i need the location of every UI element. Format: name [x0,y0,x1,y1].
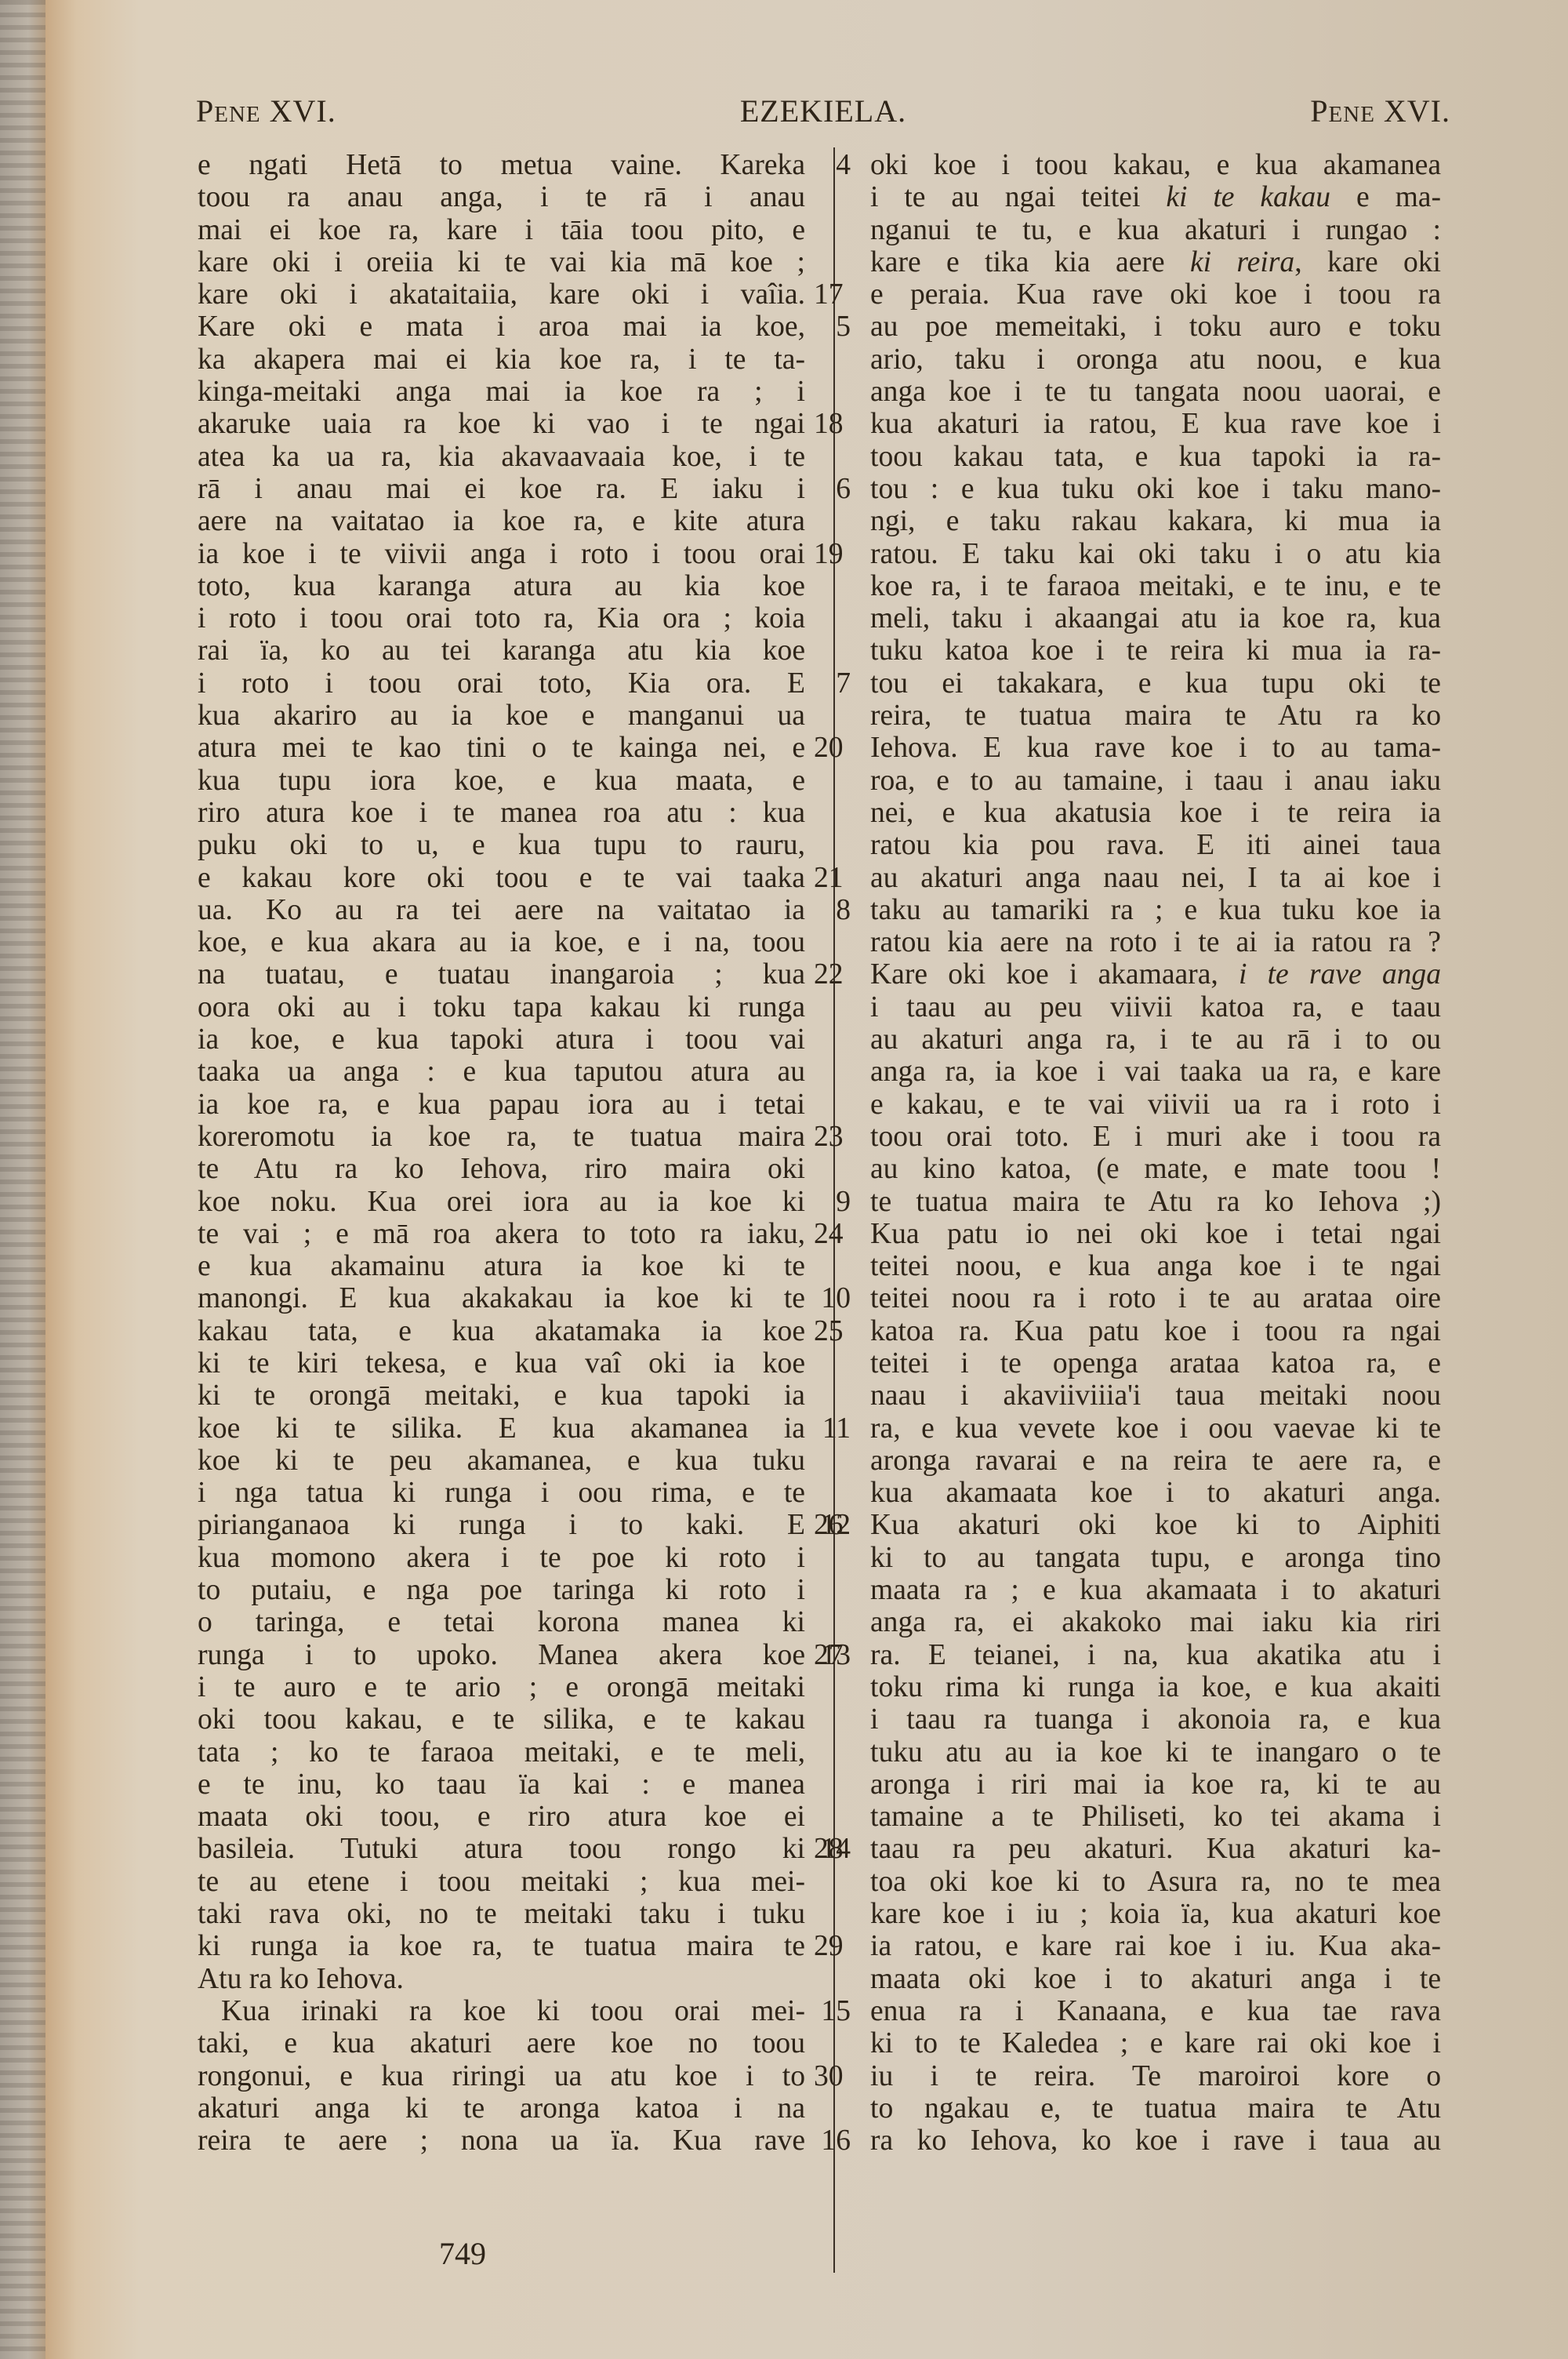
line-text: ki to au tangata tupu, e aronga tino [870,1542,1441,1574]
line-text: kare oki i akataitaiia, kare oki i vaîia… [198,278,805,311]
line-text: kua akaturi ia ratou, E kua rave koe i [870,408,1441,440]
text-line: ra ko Iehova, ko koe i rave i taua au [870,2125,1441,2157]
text-line: au kino katoa, (e mate, e mate toou ! [870,1153,1441,1185]
text-line: reira te aere ; nona ua ïa. Kua rave16 [198,2125,805,2157]
line-text: koe noku. Kua orei iora au ia koe ki [198,1186,805,1218]
line-text: ia ratou, e kare rai koe i iu. Kua aka- [870,1930,1441,1962]
text-line: kare oki i akataitaiia, kare oki i vaîia… [198,278,805,311]
line-text: to ngakau e, te tuatua maira te Atu [870,2092,1441,2125]
text-line: i te au ngai teitei ki te kakau e ma- [870,181,1441,213]
line-text: taki, e kua akaturi aere koe no toou [198,2027,805,2059]
line-text: maata oki toou, e riro atura koe ei [198,1801,805,1833]
line-text: rai ïa, ko au tei karanga atu kia koe [198,634,805,667]
line-text: o taringa, e tetai korona manea ki [198,1606,805,1638]
verse-number: 25 [814,1315,844,1347]
verse-number: 5 [836,311,851,343]
line-text: teitei noou ra i roto i te au arataa oir… [870,1282,1441,1314]
text-line: kare e tika kia aere ki reira, kare oki [870,246,1441,278]
text-line: toa oki koe ki to Asura ra, no te mea [870,1866,1441,1898]
verse-number: 7 [836,667,851,700]
line-text: tuku katoa koe i te reira ki mua ia ra- [870,634,1441,667]
text-line: au akaturi anga naau nei, I ta ai koe i2… [870,862,1441,894]
text-line: rā i anau mai ei koe ra. E iaku i6 [198,473,805,505]
line-text: mai ei koe ra, kare i tāia toou pito, e [198,214,805,246]
line-text: au poe memeitaki, i toku auro e toku [870,311,1441,343]
text-line: koreromotu ia koe ra, te tuatua maira [198,1121,805,1153]
line-text: i taau ra tuanga i akonoia ra, e kua [870,1703,1441,1736]
text-line: ia koe, e kua tapoki atura i toou vai [198,1023,805,1056]
verse-number: 4 [836,149,851,181]
line-text: tou : e kua tuku oki koe i taku mano- [870,473,1441,505]
line-text: toou ra anau anga, i te rā i anau [198,181,805,213]
text-line: teitei i te openga arataa katoa ra, e [870,1347,1441,1379]
line-text: riro atura koe i te manea roa atu : kua [198,797,805,829]
text-line: toku rima ki runga ia koe, e kua akaiti [870,1671,1441,1703]
text-line: iu i te reira. Te maroiroi kore o30 [870,2060,1441,2092]
text-line: teitei noou ra i roto i te au arataa oir… [870,1282,1441,1314]
line-text: i roto i toou orai toto ra, Kia ora ; ko… [198,602,805,634]
line-text: ia koe ra, e kua papau iora au i tetai [198,1089,805,1121]
line-text: ra ko Iehova, ko koe i rave i taua au [870,2125,1441,2157]
line-text: pirianganaoa ki runga i to kaki. E [198,1509,805,1541]
text-line: i taau ra tuanga i akonoia ra, e kua [870,1703,1441,1736]
line-text: au akaturi anga naau nei, I ta ai koe i [870,862,1441,894]
text-line: aronga ravarai e na reira te aere ra, e [870,1445,1441,1477]
text-line: o taringa, e tetai korona manea ki [198,1606,805,1638]
verse-number: 17 [814,278,844,311]
text-line: ua. Ko au ra tei aere na vaitatao ia8 [198,894,805,926]
text-line: Kua akaturi oki koe ki to Aiphiti26 [870,1509,1441,1541]
line-text: kinga-meitaki anga mai ia koe ra ; i [198,376,805,408]
text-line: te tuatua maira te Atu ra ko Iehova ;) [870,1186,1441,1218]
verse-number: 21 [814,862,844,894]
verse-number: 16 [821,2125,851,2157]
text-line: e peraia. Kua rave oki koe i toou ra17 [870,278,1441,311]
text-line: maata oki toou, e riro atura koe ei [198,1801,805,1833]
text-line: aronga i riri mai ia koe ra, ki te au [870,1768,1441,1801]
line-text: roa, e to au tamaine, i taau i anau iaku [870,765,1441,797]
line-text: e peraia. Kua rave oki koe i toou ra [870,278,1441,311]
text-line: toto, kua karanga atura au kia koe [198,570,805,602]
verse-number: 6 [836,473,851,505]
line-text: e kua akamainu atura ia koe ki te [198,1250,805,1282]
text-line: teitei noou, e kua anga koe i te ngai [870,1250,1441,1282]
line-text: ra, e kua vevete koe i oou vaevae ki te [870,1412,1441,1445]
line-text: e te inu, ko taau ïa kai : e manea [198,1768,805,1801]
text-line: atura mei te kao tini o te kainga nei, e [198,732,805,764]
line-text: kare e tika kia aere ki reira, kare oki [870,246,1441,278]
text-line: te vai ; e mā roa akera to toto ra iaku, [198,1218,805,1250]
line-text: rongonui, e kua riringi ua atu koe i to [198,2060,805,2092]
text-line: to putaiu, e nga poe taringa ki roto i [198,1574,805,1606]
verse-number: 8 [836,894,851,926]
verse-number: 11 [822,1412,851,1445]
text-line: kua akaturi ia ratou, E kua rave koe i18 [870,408,1441,440]
line-text: rā i anau mai ei koe ra. E iaku i [198,473,805,505]
line-text: anga ra, ia koe i vai taaka ua ra, e kar… [870,1056,1441,1088]
line-text: aronga i riri mai ia koe ra, ki te au [870,1768,1441,1801]
text-line: kare koe i iu ; koia ïa, kua akaturi koe [870,1898,1441,1930]
text-line: meli, taku i akaangai atu ia koe ra, kua [870,602,1441,634]
line-text: kare koe i iu ; koia ïa, kua akaturi koe [870,1898,1441,1930]
line-text: e kakau kore oki toou e te vai taaka [198,862,805,894]
line-text: anga ra, ei akakoko mai iaku kia riri [870,1606,1441,1638]
text-line: Atu ra ko Iehova. [198,1963,805,1995]
line-text: i te auro e te ario ; e orongā meitaki [198,1671,805,1703]
line-text: tuku atu au ia koe ki te inangaro o te [870,1736,1441,1768]
text-line: taaka ua anga : e kua taputou atura au [198,1056,805,1088]
line-text: e kakau, e te vai viivii ua ra i roto i [870,1089,1441,1121]
line-text: reira te aere ; nona ua ïa. Kua rave [198,2125,805,2157]
line-text: ki runga ia koe ra, te tuatua maira te [198,1930,805,1962]
line-text: Kua patu io nei oki koe i tetai ngai [870,1218,1441,1250]
text-line: te Atu ra ko Iehova, riro maira oki [198,1153,805,1185]
line-text: te vai ; e mā roa akera to toto ra iaku, [198,1218,805,1250]
text-line: riro atura koe i te manea roa atu : kua [198,797,805,829]
text-line: Kare oki e mata i aroa mai ia koe,5 [198,311,805,343]
text-line: anga koe i te tu tangata noou uaorai, e [870,376,1441,408]
text-line: kare oki i oreiia ki te vai kia mā koe ; [198,246,805,278]
line-text: tou ei takakara, e kua tupu oki te [870,667,1441,700]
line-text: Kare oki koe i akamaara, i te rave anga [870,958,1441,990]
page-number: 749 [423,2235,502,2272]
line-text: ki to te Kaledea ; e kare rai oki koe i [870,2027,1441,2059]
line-text: te au etene i toou meitaki ; kua mei- [198,1866,805,1898]
text-line: taku au tamariki ra ; e kua tuku koe ia [870,894,1441,926]
line-text: katoa ra. Kua patu koe i toou ra ngai [870,1315,1441,1347]
text-line: kinga-meitaki anga mai ia koe ra ; i [198,376,805,408]
text-line: kakau tata, e kua akatamaka ia koe [198,1315,805,1347]
line-text: maata oki koe i to akaturi anga i te [870,1963,1441,1995]
line-text: te Atu ra ko Iehova, riro maira oki [198,1153,805,1185]
line-text: ia koe i te viivii anga i roto i toou or… [198,538,805,570]
text-line: toou orai toto. E i muri ake i toou ra23 [870,1121,1441,1153]
text-line: rai ïa, ko au tei karanga atu kia koe [198,634,805,667]
left-text-column: e ngati Hetā to metua vaine. Kareka4toou… [198,149,805,2157]
line-text: ra. E teianei, i na, kua akatika atu i [870,1639,1441,1671]
line-text: ngi, e taku rakau kakara, ki mua ia [870,505,1441,537]
verse-number: 24 [814,1218,844,1250]
line-text: Atu ra ko Iehova. [198,1963,805,1995]
text-line: te au etene i toou meitaki ; kua mei- [198,1866,805,1898]
text-line: kua momono akera i te poe ki roto i [198,1542,805,1574]
text-line: tou : e kua tuku oki koe i taku mano- [870,473,1441,505]
line-text: to putaiu, e nga poe taringa ki roto i [198,1574,805,1606]
text-line: i te auro e te ario ; e orongā meitaki [198,1671,805,1703]
text-line: ia ratou, e kare rai koe i iu. Kua aka-2… [870,1930,1441,1962]
line-text: kua akariro au ia koe e manganui ua [198,700,805,732]
previous-page-text-blur [0,0,45,2359]
line-text: meli, taku i akaangai atu ia koe ra, kua [870,602,1441,634]
line-text: toa oki koe ki to Asura ra, no te mea [870,1866,1441,1898]
line-text: tamaine a te Philiseti, ko tei akama i [870,1801,1441,1833]
text-line: ki to au tangata tupu, e aronga tino [870,1542,1441,1574]
text-line: i nga tatua ki runga i oou rima, e te [198,1477,805,1509]
text-line: koe ki te silika. E kua akamanea ia11 [198,1412,805,1445]
text-line: Iehova. E kua rave koe i to au tama-20 [870,732,1441,764]
running-header: PENE XVI. EZEKIELA. PENE XVI. [196,93,1450,132]
line-text: i te au ngai teitei ki te kakau e ma- [870,181,1441,213]
line-text: puku oki to u, e kua tupu to rauru, [198,829,805,861]
verse-number: 10 [821,1282,851,1314]
text-line: to ngakau e, te tuatua maira te Atu [870,2092,1441,2125]
text-line: basileia. Tutuki atura toou rongo ki14 [198,1833,805,1865]
text-line: maata oki koe i to akaturi anga i te [870,1963,1441,1995]
line-text: Kare oki e mata i aroa mai ia koe, [198,311,805,343]
line-text: koe ki te peu akamanea, e kua tuku [198,1445,805,1477]
text-line: reira, te tuatua maira te Atu ra ko [870,700,1441,732]
line-text: teitei noou, e kua anga koe i te ngai [870,1250,1441,1282]
line-text: manongi. E kua akakakau ia koe ki te [198,1282,805,1314]
text-line: i taau au peu viivii katoa ra, e taau [870,991,1441,1023]
text-line: akaturi anga ki te aronga katoa i na [198,2092,805,2125]
text-line: e te inu, ko taau ïa kai : e manea [198,1768,805,1801]
text-line: ratou. E taku kai oki taku i o atu kia19 [870,538,1441,570]
line-text: ki te kiri tekesa, e kua vaî oki ia koe [198,1347,805,1379]
text-line: ario, taku i oronga atu noou, e kua [870,343,1441,376]
text-line: toou ra anau anga, i te rā i anau [198,181,805,213]
text-line: oora oki au i toku tapa kakau ki runga [198,991,805,1023]
right-text-column: oki koe i toou kakau, e kua akamaneai te… [870,149,1441,2157]
text-line: roa, e to au tamaine, i taau i anau iaku [870,765,1441,797]
line-text: kua momono akera i te poe ki roto i [198,1542,805,1574]
text-line: koe ki te peu akamanea, e kua tuku [198,1445,805,1477]
text-line: atea ka ua ra, kia akavaavaaia koe, i te [198,441,805,473]
line-text: koe ra, i te faraoa meitaki, e te inu, e… [870,570,1441,602]
text-line: tou ei takakara, e kua tupu oki te [870,667,1441,700]
text-line: nganui te tu, e kua akaturi i rungao : [870,214,1441,246]
line-text: Kua irinaki ra koe ki toou orai mei- [221,1995,805,2027]
text-line: Kare oki koe i akamaara, i te rave anga2… [870,958,1441,990]
text-line: ia koe i te viivii anga i roto i toou or… [198,538,805,570]
line-text: aere na vaitatao ia koe ra, e kite atura [198,505,805,537]
line-text: kakau tata, e kua akatamaka ia koe [198,1315,805,1347]
text-line: Kua irinaki ra koe ki toou orai mei-15 [198,1995,805,2027]
line-text: kua akamaata koe i to akaturi anga. [870,1477,1441,1509]
verse-number: 30 [814,2060,844,2092]
line-text: nganui te tu, e kua akaturi i rungao : [870,214,1441,246]
text-line: au poe memeitaki, i toku auro e toku [870,311,1441,343]
text-line: oki toou kakau, e te silika, e te kakau [198,1703,805,1736]
text-line: enua ra i Kanaana, e kua tae rava [870,1995,1441,2027]
line-text: na tuatau, e tuatau inangaroia ; kua [198,958,805,990]
verse-number: 19 [814,538,844,570]
line-text: teitei i te openga arataa katoa ra, e [870,1347,1441,1379]
text-line: ki te orongā meitaki, e kua tapoki ia [198,1379,805,1412]
text-line: ka akapera mai ei kia koe ra, i te ta- [198,343,805,376]
line-text: koe, e kua akara au ia koe, e i na, toou [198,926,805,958]
line-text: kare oki i oreiia ki te vai kia mā koe ; [198,246,805,278]
text-line: e kua akamainu atura ia koe ki te [198,1250,805,1282]
line-text: e ngati Hetā to metua vaine. Kareka [198,149,805,181]
line-text: atea ka ua ra, kia akavaavaaia koe, i te [198,441,805,473]
text-line: manongi. E kua akakakau ia koe ki te10 [198,1282,805,1314]
verse-number: 26 [814,1509,844,1541]
line-text: i taau au peu viivii katoa ra, e taau [870,991,1441,1023]
line-text: akaruke uaia ra koe ki vao i te ngai [198,408,805,440]
line-text: iu i te reira. Te maroiroi kore o [870,2060,1441,2092]
text-line: ngi, e taku rakau kakara, ki mua ia [870,505,1441,537]
verse-number: 15 [821,1995,851,2027]
line-text: te tuatua maira te Atu ra ko Iehova ;) [870,1186,1441,1218]
text-line: tamaine a te Philiseti, ko tei akama i [870,1801,1441,1833]
line-text: naau i akaviiviiia'i taua meitaki noou [870,1379,1441,1412]
line-text: Iehova. E kua rave koe i to au tama- [870,732,1441,764]
text-line: pirianganaoa ki runga i to kaki. E12 [198,1509,805,1541]
text-line: runga i to upoko. Manea akera koe13 [198,1639,805,1671]
text-line: i roto i toou orai toto, Kia ora. E7 [198,667,805,700]
line-text: i nga tatua ki runga i oou rima, e te [198,1477,805,1509]
line-text: maata ra ; e kua akamaata i to akaturi [870,1574,1441,1606]
text-line: aere na vaitatao ia koe ra, e kite atura [198,505,805,537]
line-text: taaka ua anga : e kua taputou atura au [198,1056,805,1088]
header-book-title: EZEKIELA. [196,93,1450,129]
line-text: oora oki au i toku tapa kakau ki runga [198,991,805,1023]
text-line: koe ra, i te faraoa meitaki, e te inu, e… [870,570,1441,602]
text-line: ki te kiri tekesa, e kua vaî oki ia koe [198,1347,805,1379]
line-text: au akaturi anga ra, i te au rā i to ou [870,1023,1441,1056]
text-line: e ngati Hetā to metua vaine. Kareka4 [198,149,805,181]
text-line: koe noku. Kua orei iora au ia koe ki9 [198,1186,805,1218]
text-line: na tuatau, e tuatau inangaroia ; kua [198,958,805,990]
line-text: i roto i toou orai toto, Kia ora. E [198,667,805,700]
verse-number: 29 [814,1930,844,1962]
line-text: basileia. Tutuki atura toou rongo ki [198,1833,805,1865]
text-line: taki, e kua akaturi aere koe no toou [198,2027,805,2059]
text-line: ra, e kua vevete koe i oou vaevae ki te [870,1412,1441,1445]
text-line: anga ra, ia koe i vai taaka ua ra, e kar… [870,1056,1441,1088]
verse-number: 27 [814,1639,844,1671]
text-line: ia koe ra, e kua papau iora au i tetai [198,1089,805,1121]
line-text: au kino katoa, (e mate, e mate toou ! [870,1153,1441,1185]
text-line: kua akamaata koe i to akaturi anga. [870,1477,1441,1509]
text-line: e kakau kore oki toou e te vai taaka [198,862,805,894]
line-text: ua. Ko au ra tei aere na vaitatao ia [198,894,805,926]
line-text: aronga ravarai e na reira te aere ra, e [870,1445,1441,1477]
line-text: enua ra i Kanaana, e kua tae rava [870,1995,1441,2027]
verse-number: 9 [836,1186,851,1218]
header-chapter-right: PENE XVI. [1310,93,1450,129]
previous-page-edge [0,0,47,2359]
text-line: anga ra, ei akakoko mai iaku kia riri [870,1606,1441,1638]
line-text: ario, taku i oronga atu noou, e kua [870,343,1441,376]
line-text: ki te orongā meitaki, e kua tapoki ia [198,1379,805,1412]
line-text: koe ki te silika. E kua akamanea ia [198,1412,805,1445]
line-text: oki koe i toou kakau, e kua akamanea [870,149,1441,181]
text-line: ki runga ia koe ra, te tuatua maira te [198,1930,805,1962]
line-text: toto, kua karanga atura au kia koe [198,570,805,602]
line-text: reira, te tuatua maira te Atu ra ko [870,700,1441,732]
text-line: rongonui, e kua riringi ua atu koe i to [198,2060,805,2092]
text-line: i roto i toou orai toto ra, Kia ora ; ko… [198,602,805,634]
text-line: oki koe i toou kakau, e kua akamanea [870,149,1441,181]
line-text: taau ra peu akaturi. Kua akaturi ka- [870,1833,1441,1865]
text-line: ki to te Kaledea ; e kare rai oki koe i [870,2027,1441,2059]
line-text: taki rava oki, no te meitaki taku i tuku [198,1898,805,1930]
text-line: nei, e kua akatusia koe i te reira ia [870,797,1441,829]
text-line: naau i akaviiviiia'i taua meitaki noou [870,1379,1441,1412]
text-line: katoa ra. Kua patu koe i toou ra ngai25 [870,1315,1441,1347]
text-line: kua tupu iora koe, e kua maata, e [198,765,805,797]
text-line: toou kakau tata, e kua tapoki ia ra- [870,441,1441,473]
line-text: toou kakau tata, e kua tapoki ia ra- [870,441,1441,473]
verse-number: 28 [814,1833,844,1865]
line-text: koreromotu ia koe ra, te tuatua maira [198,1121,805,1153]
line-text: ka akapera mai ei kia koe ra, i te ta- [198,343,805,376]
text-line: puku oki to u, e kua tupu to rauru, [198,829,805,861]
text-line: ra. E teianei, i na, kua akatika atu i27 [870,1639,1441,1671]
line-text: taku au tamariki ra ; e kua tuku koe ia [870,894,1441,926]
line-text: tata ; ko te faraoa meitaki, e te meli, [198,1736,805,1768]
verse-number: 18 [814,408,844,440]
line-text: runga i to upoko. Manea akera koe [198,1639,805,1671]
verse-number: 23 [814,1121,844,1153]
verse-number: 20 [814,732,844,764]
text-line: taau ra peu akaturi. Kua akaturi ka-28 [870,1833,1441,1865]
text-line: Kua patu io nei oki koe i tetai ngai24 [870,1218,1441,1250]
line-text: oki toou kakau, e te silika, e te kakau [198,1703,805,1736]
text-line: akaruke uaia ra koe ki vao i te ngai [198,408,805,440]
line-text: atura mei te kao tini o te kainga nei, e [198,732,805,764]
text-line: ratou kia pou rava. E iti ainei taua [870,829,1441,861]
text-line: ratou kia aere na roto i te ai ia ratou … [870,926,1441,958]
text-line: tuku atu au ia koe ki te inangaro o te [870,1736,1441,1768]
text-line: kua akariro au ia koe e manganui ua [198,700,805,732]
verse-number: 22 [814,958,844,990]
text-line: tuku katoa koe i te reira ki mua ia ra- [870,634,1441,667]
line-text: nei, e kua akatusia koe i te reira ia [870,797,1441,829]
line-text: toou orai toto. E i muri ake i toou ra [870,1121,1441,1153]
line-text: ia koe, e kua tapoki atura i toou vai [198,1023,805,1056]
line-text: ratou. E taku kai oki taku i o atu kia [870,538,1441,570]
text-line: tata ; ko te faraoa meitaki, e te meli, [198,1736,805,1768]
text-line: koe, e kua akara au ia koe, e i na, toou [198,926,805,958]
text-line: mai ei koe ra, kare i tāia toou pito, e [198,214,805,246]
line-text: toku rima ki runga ia koe, e kua akaiti [870,1671,1441,1703]
line-text: ratou kia aere na roto i te ai ia ratou … [870,926,1441,958]
line-text: anga koe i te tu tangata noou uaorai, e [870,376,1441,408]
text-line: e kakau, e te vai viivii ua ra i roto i [870,1089,1441,1121]
text-line: maata ra ; e kua akamaata i to akaturi [870,1574,1441,1606]
text-line: au akaturi anga ra, i te au rā i to ou [870,1023,1441,1056]
line-text: ratou kia pou rava. E iti ainei taua [870,829,1441,861]
line-text: Kua akaturi oki koe ki to Aiphiti [870,1509,1441,1541]
text-line: taki rava oki, no te meitaki taku i tuku [198,1898,805,1930]
line-text: kua tupu iora koe, e kua maata, e [198,765,805,797]
line-text: akaturi anga ki te aronga katoa i na [198,2092,805,2125]
